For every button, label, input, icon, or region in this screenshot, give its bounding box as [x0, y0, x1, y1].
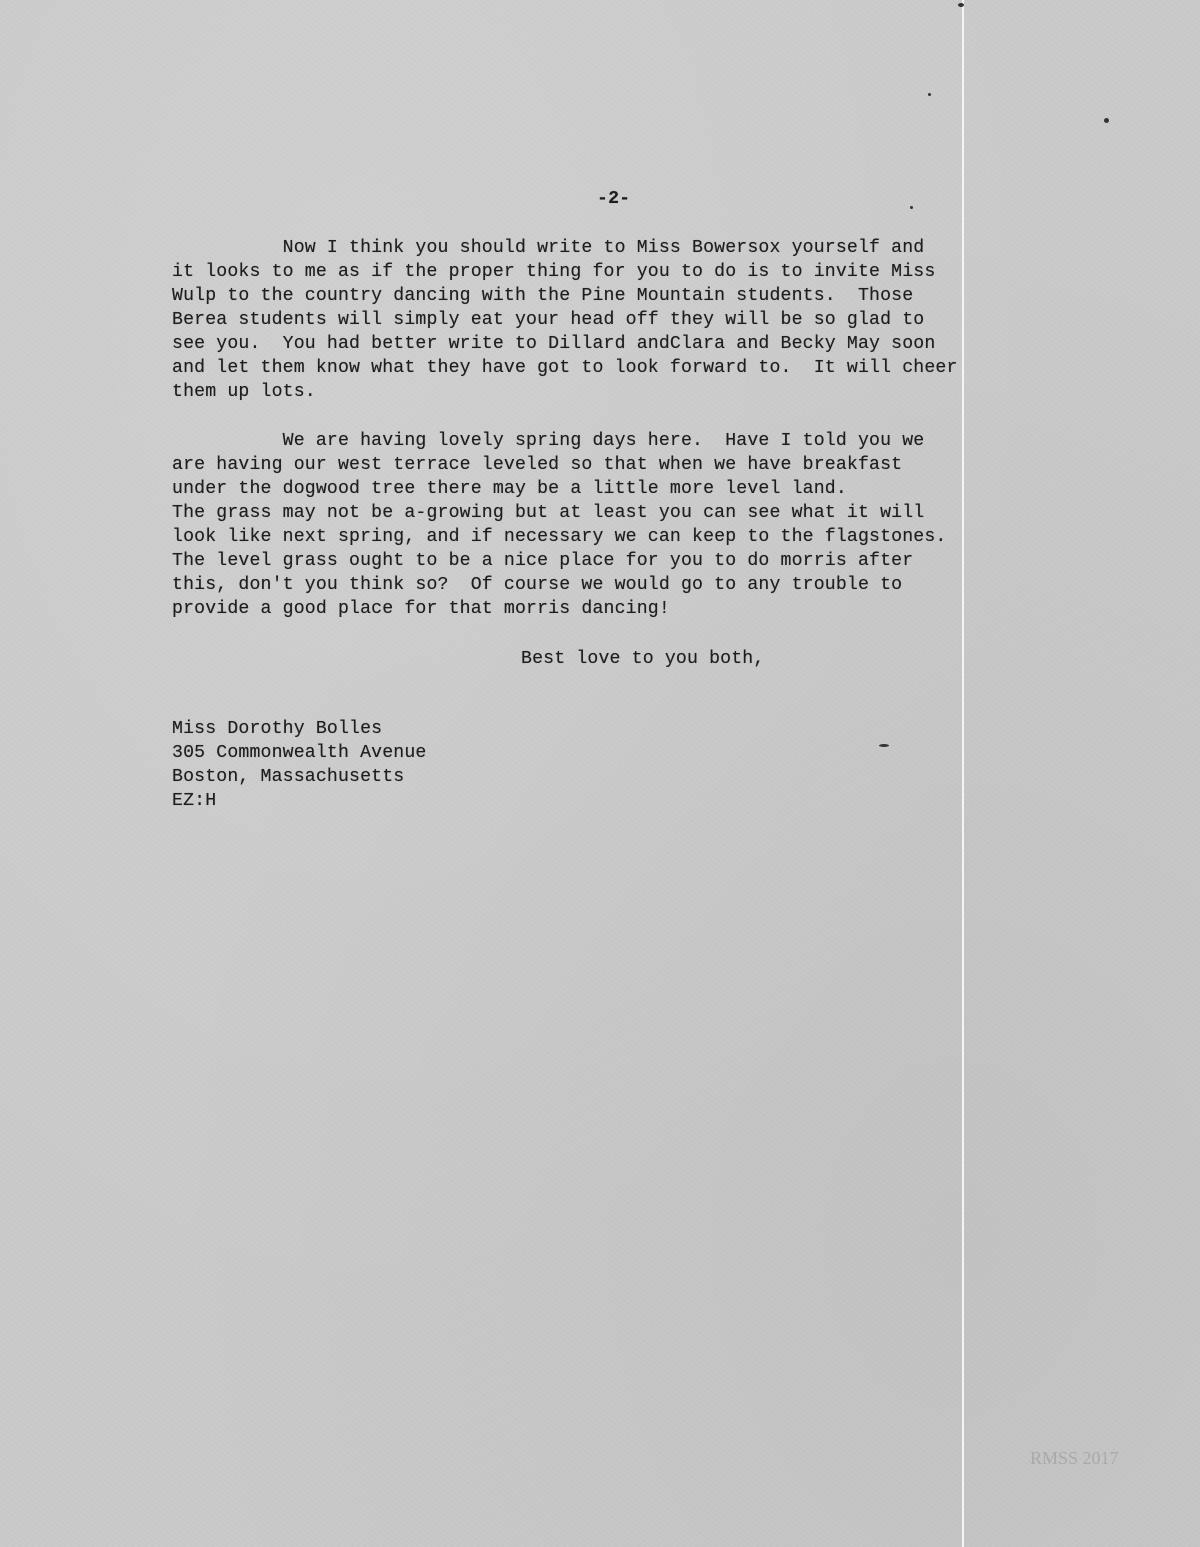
- letter-page: -2- Now I think you should write to Miss…: [0, 0, 1200, 1547]
- archive-watermark: RMSS 2017: [1030, 1448, 1119, 1469]
- recipient-city: Boston, Massachusetts: [172, 767, 404, 787]
- recipient-street: 305 Commonwealth Avenue: [172, 743, 426, 763]
- paper-speck: [910, 206, 913, 209]
- paper-speck: [958, 3, 964, 7]
- text-line: The grass may not be a-growing but at le…: [172, 503, 924, 523]
- paragraph-2: We are having lovely spring days here. H…: [172, 431, 1032, 621]
- text-line: are having our west terrace leveled so t…: [172, 455, 902, 475]
- text-line: under the dogwood tree there may be a li…: [172, 479, 847, 499]
- paper-fold-line: [962, 0, 964, 1547]
- paper-speck: [1104, 118, 1109, 123]
- text-line: it looks to me as if the proper thing fo…: [172, 262, 935, 282]
- page-number: -2-: [597, 189, 630, 209]
- text-line: see you. You had better write to Dillard…: [172, 334, 935, 354]
- text-line: Now I think you should write to Miss Bow…: [172, 238, 924, 258]
- text-line: provide a good place for that morris dan…: [172, 599, 670, 619]
- paper-speck: [879, 744, 889, 747]
- text-line: this, don't you think so? Of course we w…: [172, 575, 902, 595]
- paper-speck: [928, 93, 931, 96]
- text-line: and let them know what they have got to …: [172, 358, 958, 378]
- text-line: look like next spring, and if necessary …: [172, 527, 947, 547]
- text-line: Wulp to the country dancing with the Pin…: [172, 286, 913, 306]
- paragraph-1: Now I think you should write to Miss Bow…: [172, 238, 1032, 408]
- text-line: Berea students will simply eat your head…: [172, 310, 924, 330]
- closing-salutation: Best love to you both,: [521, 649, 764, 669]
- recipient-name: Miss Dorothy Bolles: [172, 719, 382, 739]
- text-line: them up lots.: [172, 382, 316, 402]
- text-line: The level grass ought to be a nice place…: [172, 551, 913, 571]
- reference-initials: EZ:H: [172, 791, 216, 811]
- text-line: We are having lovely spring days here. H…: [172, 431, 924, 451]
